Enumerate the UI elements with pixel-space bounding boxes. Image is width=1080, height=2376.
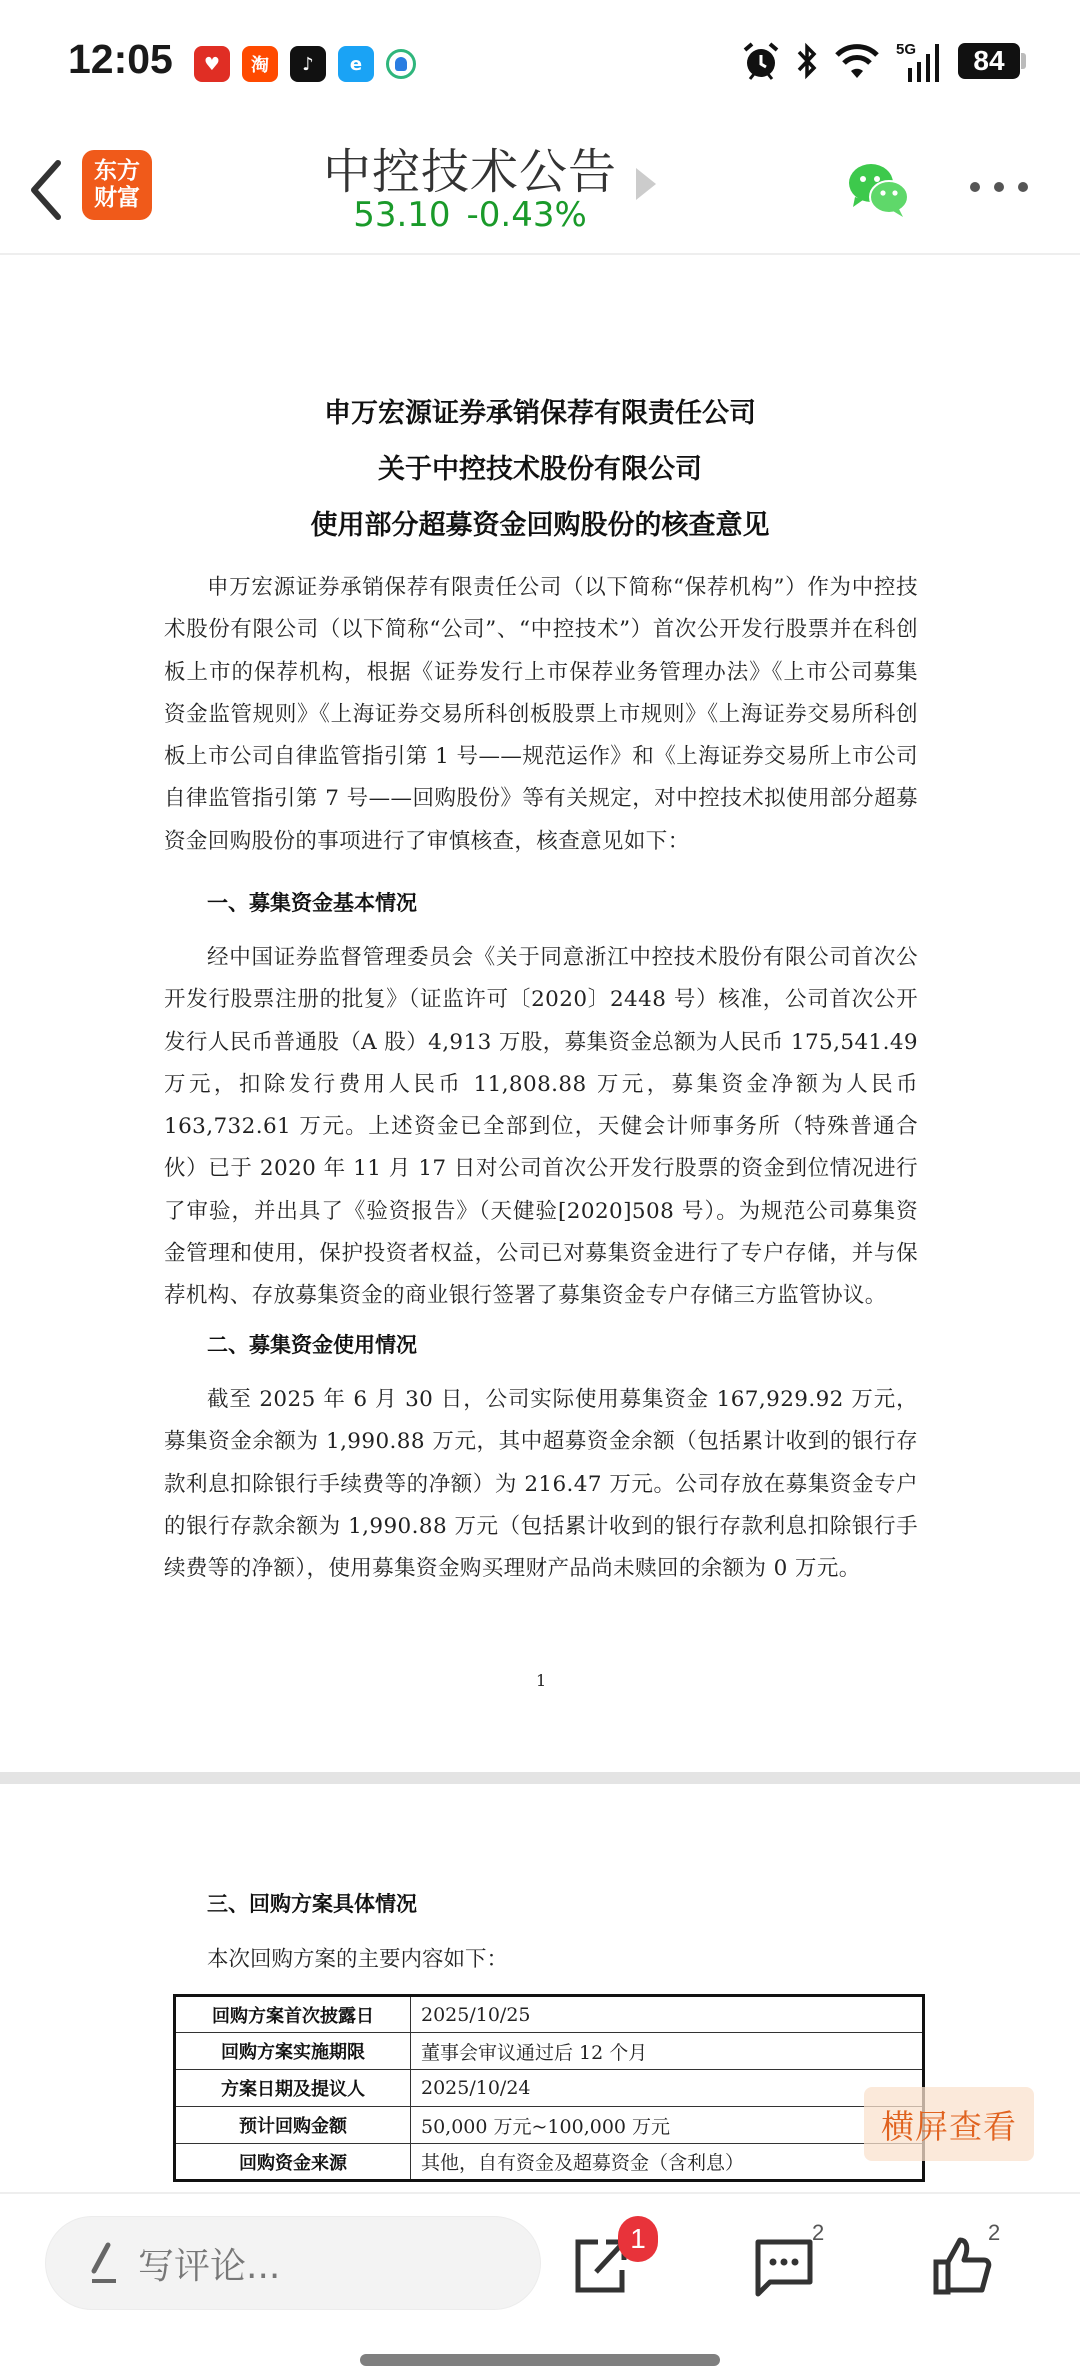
comment-input[interactable]: 写评论... [45,2216,541,2310]
comment-placeholder: 写评论... [138,2238,280,2289]
more-options-button[interactable] [970,177,1028,197]
stock-price: 53.10 [353,195,450,235]
doc-title-line-2: 关于中控技术股份有限公司 [0,447,1080,486]
document-viewer[interactable]: 申万宏源证券承销保荐有限责任公司 关于中控技术股份有限公司 使用部分超募资金回购… [0,257,1080,2192]
page-title[interactable]: 中控技术公告 [300,133,640,202]
comment-bubble-icon [752,2234,816,2298]
chevron-left-icon [22,157,72,223]
doc-title-line-1: 申万宏源证券承销保荐有限责任公司 [0,391,1080,430]
status-time: 12:05 [68,36,173,83]
share-badge: 1 [618,2216,658,2262]
comments-button[interactable] [752,2234,816,2298]
qq-browser-icon [386,49,416,79]
eastmoney-logo[interactable]: 东方 财富 [82,150,152,220]
document-page-1: 申万宏源证券承销保荐有限责任公司 关于中控技术股份有限公司 使用部分超募资金回购… [0,257,1080,1772]
cellular-5g-icon: 5G [896,40,942,82]
douyin-icon: ♪ [290,46,326,82]
stock-change: -0.43% [467,195,587,235]
notification-icons: ♥ 淘 ♪ e [194,46,416,82]
section-1-paragraph: 经中国证券监督管理委员会《关于同意浙江中控技术股份有限公司首次公开发行股票注册的… [164,937,918,1318]
landscape-view-button[interactable]: 横屏查看 [864,2087,1034,2161]
thumbs-up-icon [930,2234,994,2298]
alarm-icon [742,41,780,81]
intro-paragraph: 申万宏源证券承销保荐有限责任公司（以下简称“保荐机构”）作为中控技术股份有限公司… [164,567,918,863]
system-icons: 5G 84 [742,40,1020,82]
pinduoduo-icon: ♥ [194,46,230,82]
buyback-plan-table: 回购方案首次披露日2025/10/25 回购方案实施期限董事会审议通过后 12 … [173,1994,925,2182]
svg-text:5G: 5G [896,41,916,58]
page-separator [0,1772,1080,1784]
section-3-intro: 本次回购方案的主要内容如下： [207,1942,508,1973]
stock-quote: 53.10-0.43% [300,195,640,235]
table-row: 回购方案实施期限董事会审议通过后 12 个月 [175,2033,924,2070]
table-row: 方案日期及提议人2025/10/24 [175,2070,924,2107]
comment-count: 2 [812,2220,824,2246]
pencil-icon [86,2241,120,2285]
next-arrow-icon[interactable] [636,168,656,200]
bluetooth-icon [796,41,818,81]
section-2-heading: 二、募集资金使用情况 [207,1329,417,1359]
table-row: 回购方案首次披露日2025/10/25 [175,1996,924,2033]
table-row: 回购资金来源其他，自有资金及超募资金（含利息） [175,2144,924,2181]
wechat-icon [845,161,911,217]
back-button[interactable] [22,157,72,223]
section-3-heading: 三、回购方案具体情况 [207,1888,417,1918]
like-button[interactable] [930,2234,994,2298]
doc-title-line-3: 使用部分超募资金回购股份的核查意见 [0,503,1080,542]
section-1-heading: 一、募集资金基本情况 [207,887,417,917]
bottom-action-bar: 写评论... 1 2 2 [0,2192,1080,2376]
app-header: 东方 财富 中控技术公告 53.10-0.43% [0,125,1080,255]
wifi-icon [834,42,880,80]
page-number: 1 [536,1671,546,1690]
battery-indicator: 84 [958,43,1020,79]
wechat-share-button[interactable] [845,161,911,217]
taobao-icon: 淘 [242,46,278,82]
section-2-paragraph: 截至 2025 年 6 月 30 日，公司实际使用募集资金 167,929.92… [164,1379,918,1590]
table-row: 预计回购金额50,000 万元~100,000 万元 [175,2107,924,2144]
status-bar: 12:05 ♥ 淘 ♪ e 5G 84 [0,0,1080,125]
home-indicator[interactable] [360,2354,720,2366]
eleme-icon: e [338,46,374,82]
like-count: 2 [988,2220,1000,2246]
